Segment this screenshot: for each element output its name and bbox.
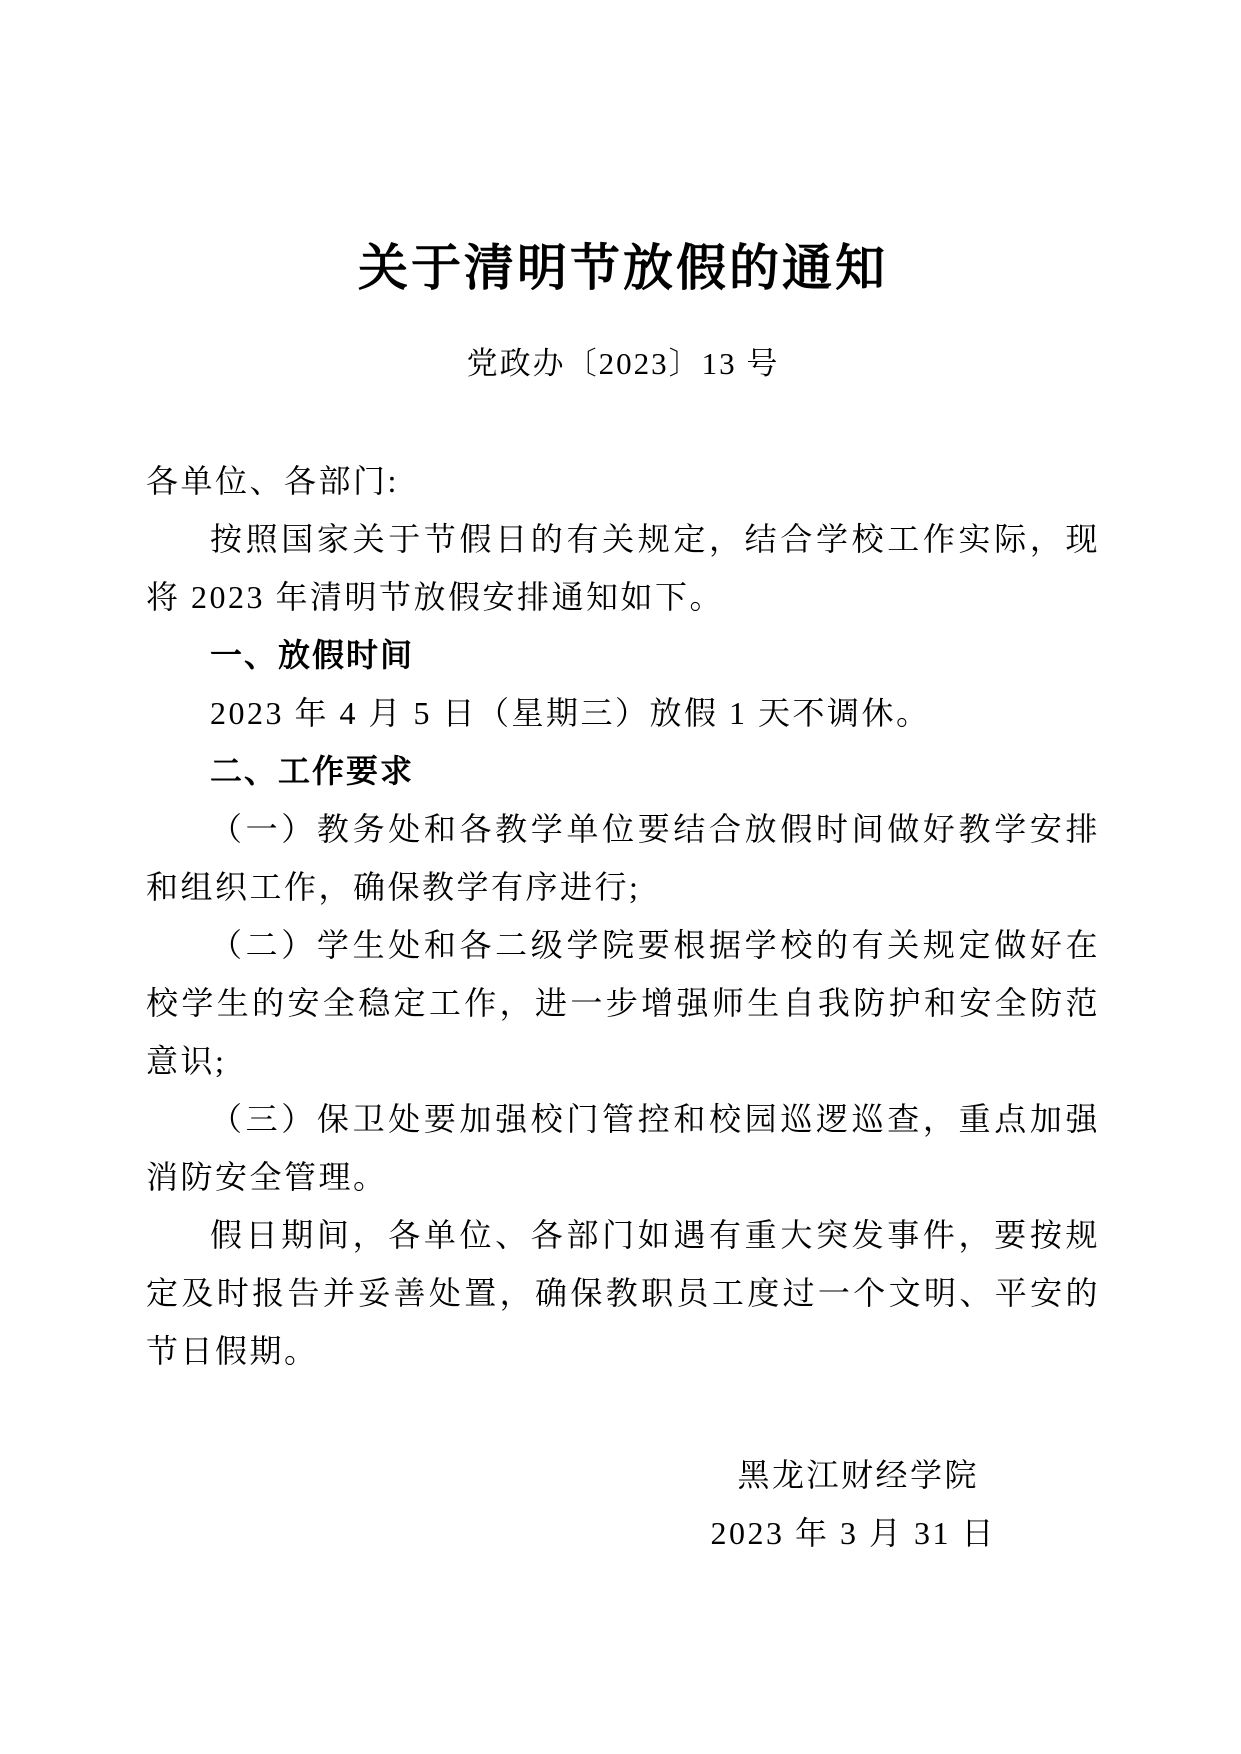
signature-date: 2023 年 3 月 31 日 [146, 1504, 996, 1562]
document-content: 关于清明节放假的通知 党政办〔2023〕13 号 各单位、各部门: 按照国家关于… [0, 0, 1241, 1562]
signature-organization: 黑龙江财经学院 [146, 1446, 996, 1504]
section-heading-holiday-time: 一、放假时间 [146, 626, 1100, 684]
document-page: 关于清明节放假的通知 党政办〔2023〕13 号 各单位、各部门: 按照国家关于… [0, 0, 1241, 1754]
signature-block: 黑龙江财经学院 2023 年 3 月 31 日 [146, 1446, 1100, 1562]
salutation-line: 各单位、各部门: [146, 452, 1100, 510]
section-heading-work-requirements: 二、工作要求 [146, 742, 1100, 800]
page-title: 关于清明节放假的通知 [146, 237, 1100, 299]
closing-paragraph: 假日期间，各单位、各部门如遇有重大突发事件，要按规定及时报告并妥善处置，确保教职… [146, 1206, 1100, 1380]
holiday-time-paragraph: 2023 年 4 月 5 日（星期三）放假 1 天不调休。 [146, 684, 1100, 742]
intro-paragraph: 按照国家关于节假日的有关规定，结合学校工作实际，现将 2023 年清明节放假安排… [146, 510, 1100, 626]
requirement-paragraph-2: （二）学生处和各二级学院要根据学校的有关规定做好在校学生的安全稳定工作，进一步增… [146, 916, 1100, 1090]
requirement-paragraph-3: （三）保卫处要加强校门管控和校园巡逻巡查，重点加强消防安全管理。 [146, 1090, 1100, 1206]
document-number: 党政办〔2023〕13 号 [146, 344, 1100, 384]
requirement-paragraph-1: （一）教务处和各教学单位要结合放假时间做好教学安排和组织工作，确保教学有序进行; [146, 800, 1100, 916]
document-body: 各单位、各部门: 按照国家关于节假日的有关规定，结合学校工作实际，现将 2023… [146, 452, 1100, 1380]
